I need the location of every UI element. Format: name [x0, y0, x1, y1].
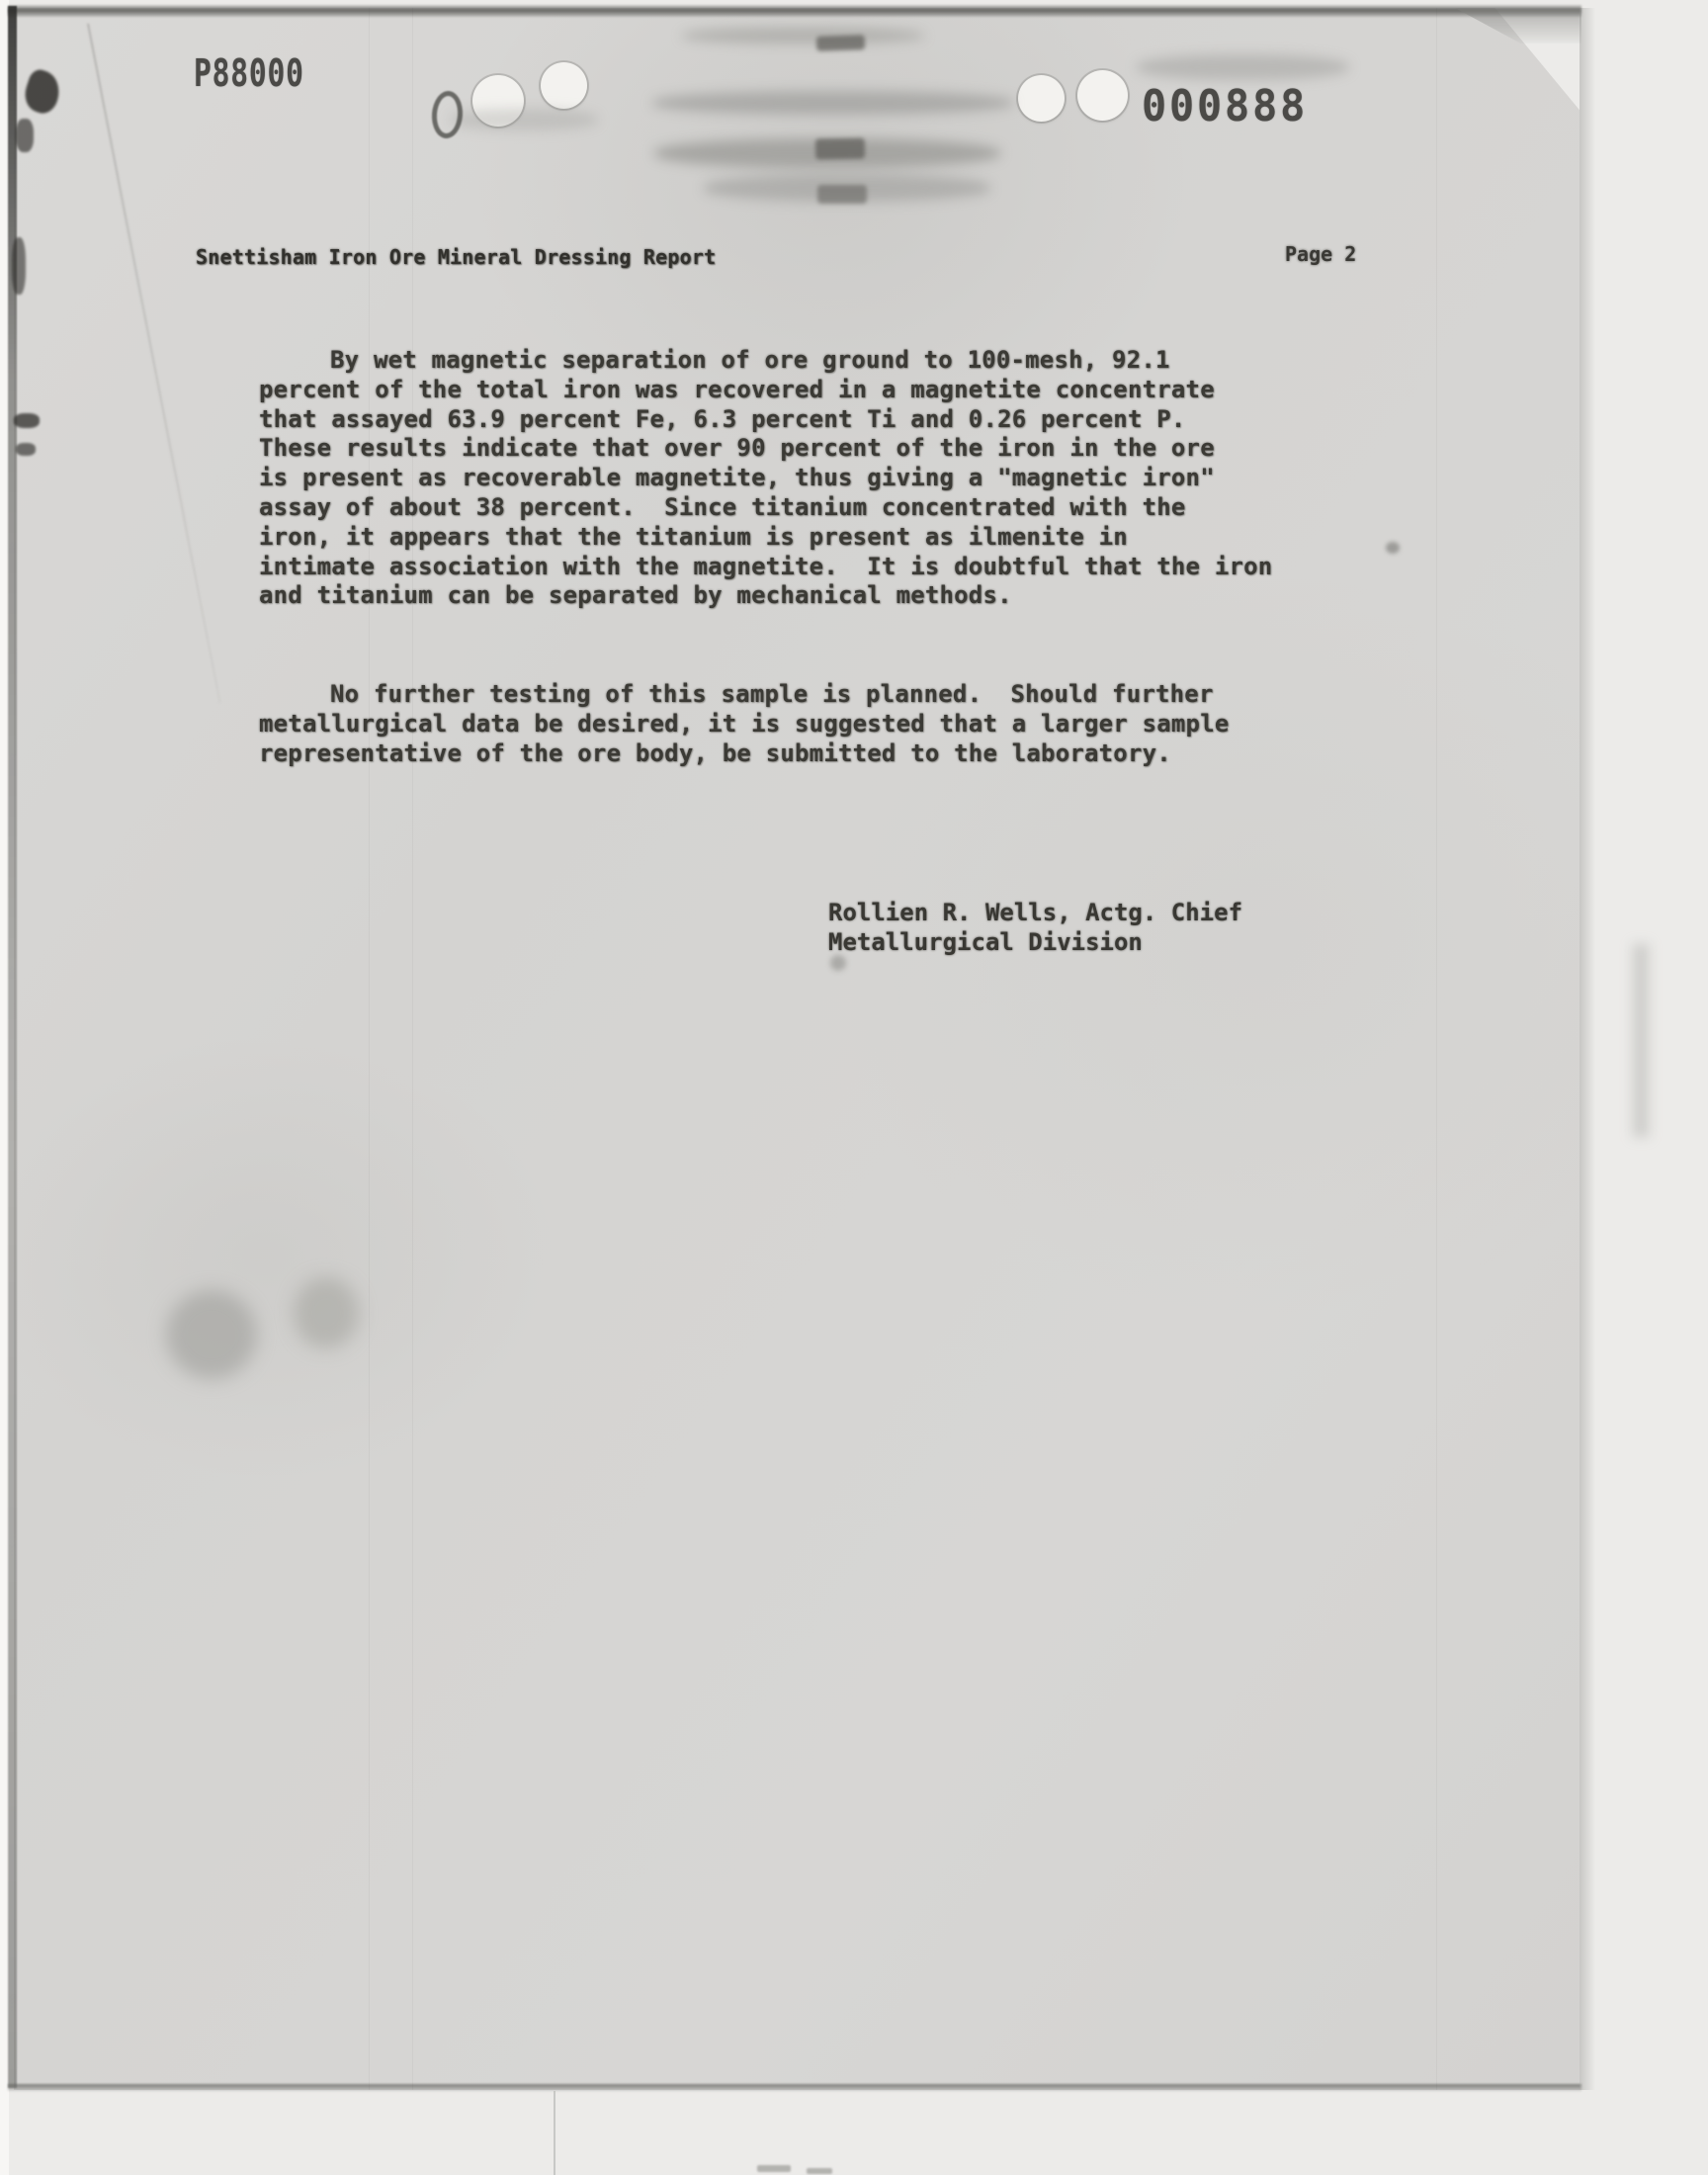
paper-crease — [412, 8, 413, 2090]
body-line: and titanium can be separated by mechani… — [259, 581, 1272, 611]
body-line: assay of about 38 percent. Since titaniu… — [259, 493, 1272, 523]
stamp-serial-right: 000888 — [1142, 81, 1308, 131]
signature-division: Metallurgical Division — [828, 927, 1242, 957]
edge-ink-mark — [16, 119, 34, 152]
paragraph-2: No further testing of this sample is pla… — [259, 680, 1230, 768]
paper-stain — [166, 1290, 257, 1379]
hole-punch — [1018, 75, 1065, 122]
paper-stain — [830, 955, 846, 971]
scan-streak — [1633, 944, 1649, 1137]
body-line: No further testing of this sample is pla… — [259, 680, 1230, 710]
erased-text-smudge — [450, 109, 598, 130]
ink-blot — [816, 35, 865, 51]
paper-stain — [1386, 542, 1400, 554]
scan-line-artifact — [554, 2091, 555, 2175]
page-number: Page 2 — [1285, 242, 1356, 266]
erased-text-smudge — [682, 28, 924, 43]
scanned-document: P88000 000888 Snettisham Iron Ore Minera… — [0, 0, 1708, 2175]
body-line: that assayed 63.9 percent Fe, 6.3 percen… — [259, 405, 1272, 435]
signature-name: Rollien R. Wells, Actg. Chief — [828, 898, 1242, 927]
paragraph-1: By wet magnetic separation of ore ground… — [259, 346, 1272, 611]
body-line: intimate association with the magnetite.… — [259, 553, 1272, 582]
stamp-serial-left: P88000 — [194, 51, 304, 95]
body-line: metallurgical data be desired, it is sug… — [259, 710, 1230, 739]
report-title: Snettisham Iron Ore Mineral Dressing Rep… — [196, 245, 716, 269]
body-line: iron, it appears that the titanium is pr… — [259, 523, 1272, 553]
bottom-edge-mark — [757, 2165, 791, 2172]
page-edge-top — [8, 5, 1581, 17]
edge-ink-mark — [16, 443, 36, 456]
erased-text-smudge — [652, 91, 1013, 115]
body-line: These results indicate that over 90 perc… — [259, 434, 1272, 464]
paper-crease — [369, 8, 370, 2090]
page-edge-right-shadow — [1580, 8, 1595, 2090]
body-line: percent of the total iron was recovered … — [259, 376, 1272, 405]
body-line: By wet magnetic separation of ore ground… — [259, 346, 1272, 376]
paper-crease — [1436, 8, 1437, 2090]
body-line: representative of the ore body, be submi… — [259, 739, 1230, 769]
edge-ink-mark — [14, 413, 40, 428]
page-edge-bottom — [8, 2084, 1581, 2091]
signature-block: Rollien R. Wells, Actg. Chief Metallurgi… — [828, 898, 1242, 957]
hole-punch — [541, 62, 587, 109]
page-edge-left — [8, 6, 17, 2088]
body-line: is present as recoverable magnetite, thu… — [259, 464, 1272, 493]
ink-blot — [815, 138, 865, 160]
document-page — [14, 8, 1580, 2090]
paper-stain — [294, 1277, 359, 1348]
hole-punch — [1077, 70, 1128, 121]
bottom-edge-mark — [807, 2168, 832, 2174]
erased-text-smudge — [1137, 54, 1349, 80]
ink-blot — [817, 185, 867, 204]
edge-ink-mark — [12, 237, 26, 295]
